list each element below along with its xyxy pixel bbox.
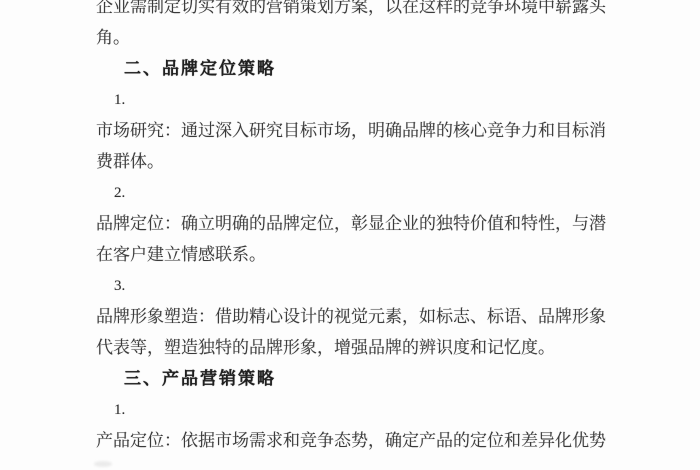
document-page: 企业需制定切实有效的营销策划方案，以在这样的竞争环境中崭露头角。二、品牌定位策略… <box>0 0 700 470</box>
paragraph-line: 费群体。 <box>96 152 164 172</box>
document-text-block: 企业需制定切实有效的营销策划方案，以在这样的竞争环境中崭露头角。二、品牌定位策略… <box>0 0 700 470</box>
section-heading: 二、品牌定位策略 <box>124 59 276 79</box>
paragraph-line: 代表等，塑造独特的品牌形象，增强品牌的辨识度和记忆度。 <box>96 338 555 358</box>
list-number: 3. <box>114 276 125 296</box>
list-number: 1. <box>114 90 125 110</box>
list-number: 1. <box>114 400 125 420</box>
cropped-next-line-fragment <box>94 461 112 467</box>
paragraph-line: 角。 <box>96 28 130 48</box>
paragraph-line: 品牌定位：确立明确的品牌定位，彰显企业的独特价值和特性，与潜 <box>96 214 606 234</box>
section-heading: 三、产品营销策略 <box>124 369 276 389</box>
paragraph-line: 产品定位：依据市场需求和竞争态势，确定产品的定位和差异化优势 <box>96 431 606 451</box>
paragraph-line: 在客户建立情感联系。 <box>96 245 266 265</box>
list-number: 2. <box>114 183 125 203</box>
paragraph-line: 品牌形象塑造：借助精心设计的视觉元素，如标志、标语、品牌形象 <box>96 307 606 327</box>
paragraph-line: 市场研究：通过深入研究目标市场，明确品牌的核心竞争力和目标消 <box>96 121 606 141</box>
paragraph-line: 企业需制定切实有效的营销策划方案，以在这样的竞争环境中崭露头 <box>96 0 606 17</box>
